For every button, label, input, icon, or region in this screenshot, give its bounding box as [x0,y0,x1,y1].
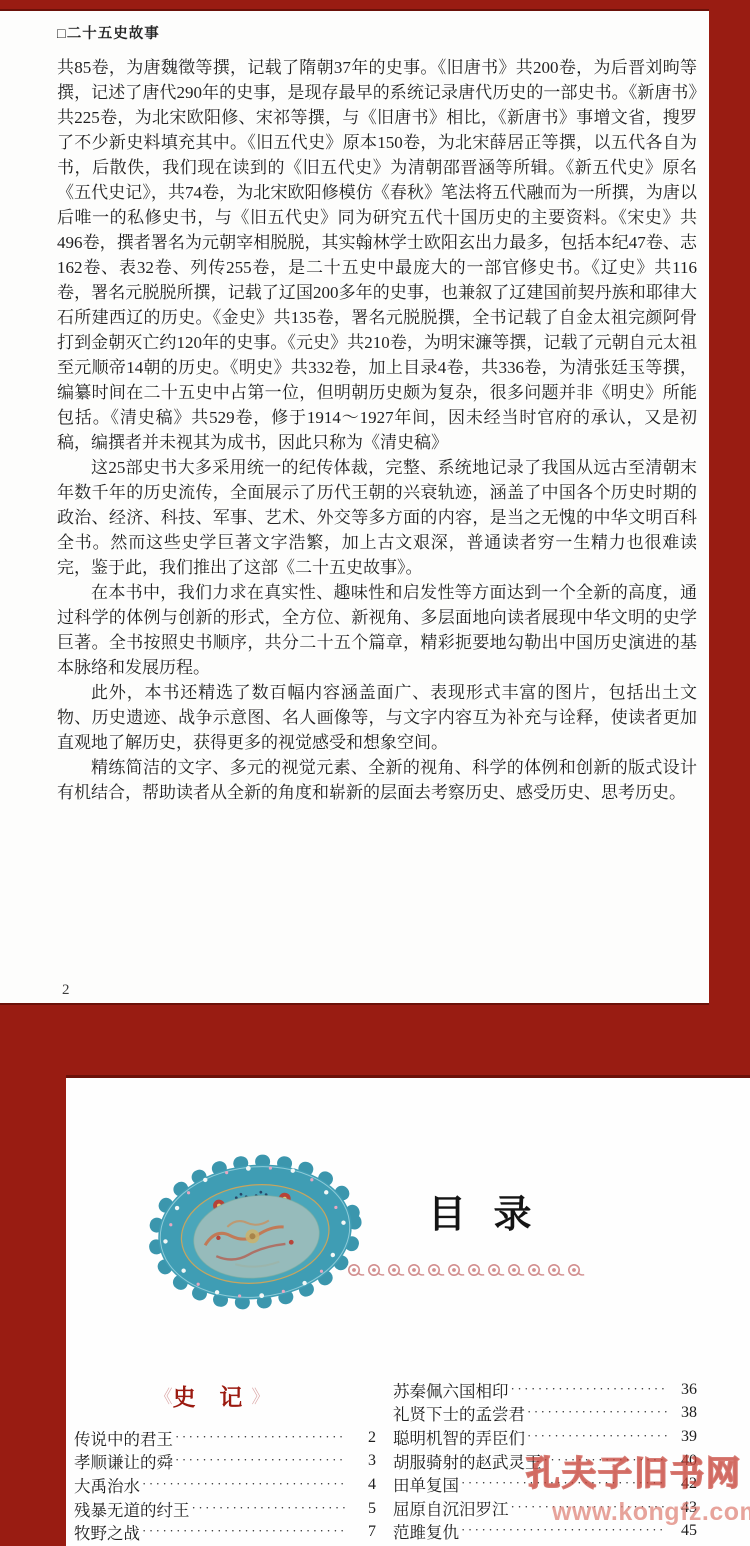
dot-leader: ········································… [511,1499,668,1515]
toc-entry: 屈原自沉汨罗江 ································… [393,1496,697,1520]
page-2: 目 录 《史 记》 传说中的君王 ·······················… [66,1075,750,1546]
section-label: 史 记 [173,1385,252,1410]
dot-leader: ········································… [527,1404,667,1420]
toc-entry: 胡服骑射的赵武灵王 ······························… [393,1449,697,1473]
dot-leader: ········································… [192,1500,347,1516]
running-header: □二十五史故事 [57,22,160,43]
toc-entry-page: 40 [671,1452,697,1470]
dot-leader: ········································… [511,1381,668,1397]
toc-entry: 田单复国 ···································… [393,1472,697,1496]
toc-entry: 大禹治水 ···································… [74,1473,376,1497]
toc-entry-page: 36 [671,1381,697,1399]
paragraph-3: 在本书中，我们力求在真实性、趣味性和启发性等方面达到一个全新的高度，通过科学的体… [57,580,697,680]
toc-entry: 残暴无道的纣王 ································… [74,1497,376,1521]
toc-entry-title: 大禹治水 [74,1473,140,1497]
toc-entry: 孝顺谦让的舜 ·································… [74,1450,376,1474]
dot-leader: ········································… [461,1522,667,1538]
toc-entry-page: 42 [671,1475,697,1493]
page-number: 2 [62,982,70,999]
toc-column-right: 苏秦佩六国相印 ································… [393,1378,697,1543]
toc-entry-page: 3 [350,1452,376,1470]
toc-entry-title: 孝顺谦让的舜 [74,1449,173,1473]
paragraph-2: 这25部史书大多采用统一的纪传体裁，完整、系统地记录了我国从远古至清朝末年数千年… [57,455,697,580]
toc-column-left: 传说中的君王 ·································… [74,1426,376,1544]
body-text: 共85卷，为唐魏徵等撰，记载了隋朝37年的史事。《旧唐书》共200卷，为后晋刘昫… [57,55,697,805]
toc-entry-page: 39 [671,1428,697,1446]
toc-entry-page: 45 [671,1522,697,1540]
toc-entry: 聪明机智的弄臣们 ·······························… [393,1425,697,1449]
toc-entry-title: 残暴无道的纣王 [74,1497,190,1521]
toc-entry-title: 范雎复仇 [393,1519,459,1543]
toc-entry-title: 传说中的君王 [74,1426,173,1450]
dot-leader: ········································… [175,1429,346,1445]
toc-entry-title: 聪明机智的弄臣们 [393,1425,525,1449]
cloisonne-plate-image [148,1150,363,1315]
toc-entry: 礼贤下士的孟尝君 ·······························… [393,1402,697,1426]
paragraph-4: 此外，本书还精选了数百幅内容涵盖面广、表现形式丰富的图片，包括出土文物、历史遗迹… [57,680,697,755]
dot-leader: ········································… [527,1428,667,1444]
toc-entry-title: 牧野之战 [74,1520,140,1544]
right-ornament: 》 [251,1387,269,1407]
paragraph-5: 精练简洁的文字、多元的视觉元素、全新的视角、科学的体例和创新的版式设计有机结合，… [57,755,697,805]
left-ornament: 《 [155,1387,173,1407]
toc-entry-page: 4 [350,1476,376,1494]
section-header-shiji: 《史 记》 [112,1384,312,1412]
dot-leader: ········································… [142,1523,346,1539]
contents-title: 目 录 [428,1196,541,1234]
dot-leader: ········································… [461,1475,667,1491]
toc-entry-title: 礼贤下士的孟尝君 [393,1401,525,1425]
toc-entry: 传说中的君王 ·································… [74,1426,376,1450]
toc-entry-title: 屈原自沉汨罗江 [393,1496,509,1520]
toc-entry-page: 38 [671,1404,697,1422]
toc-entry-page: 43 [671,1499,697,1517]
toc-entry-page: 2 [350,1429,376,1447]
dot-leader: ········································… [544,1452,668,1468]
toc-entry-title: 田单复国 [393,1472,459,1496]
toc-entry: 苏秦佩六国相印 ································… [393,1378,697,1402]
page-1: □二十五史故事 共85卷，为唐魏徵等撰，记载了隋朝37年的史事。《旧唐书》共20… [0,9,709,1005]
toc-entry-title: 胡服骑射的赵武灵王 [393,1449,542,1473]
paragraph-1: 共85卷，为唐魏徵等撰，记载了隋朝37年的史事。《旧唐书》共200卷，为后晋刘昫… [57,55,697,455]
toc-entry-title: 苏秦佩六国相印 [393,1378,509,1402]
toc-entry-page: 7 [350,1523,376,1541]
toc-entry-page: 5 [350,1500,376,1518]
scroll-ornament-band-icon [346,1262,586,1278]
book-scan-background: { "page1": { "header": "□二十五史故事", "parag… [0,0,750,1546]
dot-leader: ········································… [175,1452,346,1468]
dot-leader: ········································… [142,1476,346,1492]
toc-entry: 范雎复仇 ···································… [393,1520,697,1544]
toc-entry: 牧野之战 ···································… [74,1520,376,1544]
